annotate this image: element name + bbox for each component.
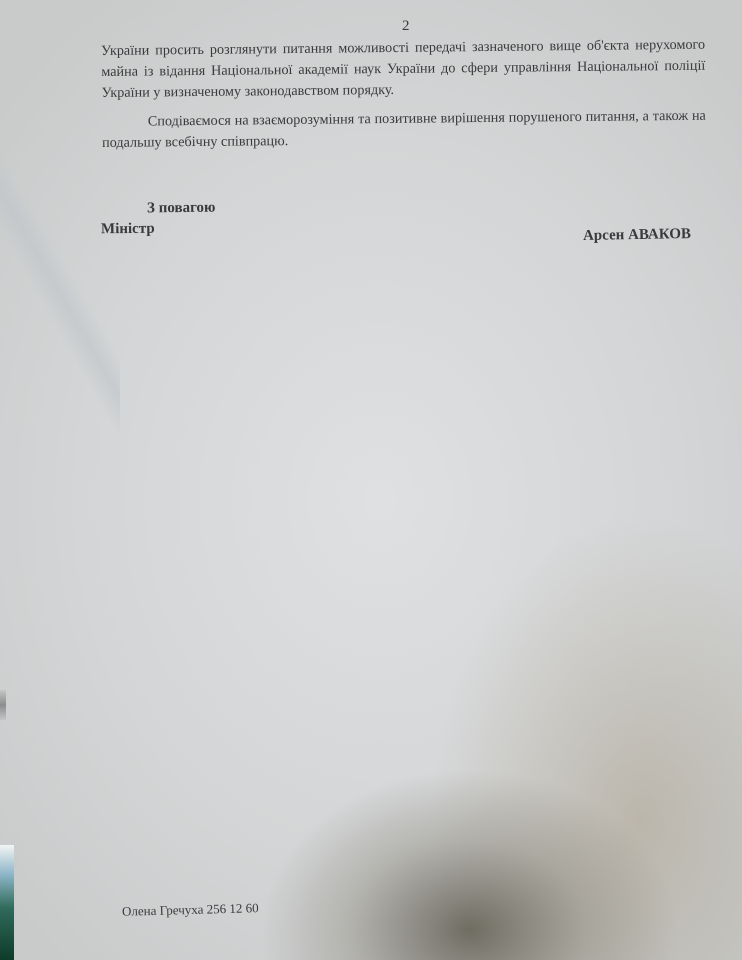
signatory-title: Міністр (101, 221, 155, 239)
executor-contact: Олена Гречуха 256 12 60 (122, 900, 259, 920)
background-edge-detail (0, 690, 6, 720)
page-number: 2 (402, 18, 410, 35)
document-page: 2 України просить розглянути питання мож… (0, 0, 742, 960)
paragraph-hope: Сподіваємося на взаєморозуміння та позит… (102, 106, 706, 154)
signatory-name: Арсен АВАКОВ (583, 226, 691, 245)
closing-phrase: З повагою (147, 200, 216, 218)
paragraph-request: України просить розглянути питання можли… (101, 35, 706, 104)
letter-body: України просить розглянути питання можли… (101, 35, 706, 154)
background-edge-photo (0, 845, 14, 960)
